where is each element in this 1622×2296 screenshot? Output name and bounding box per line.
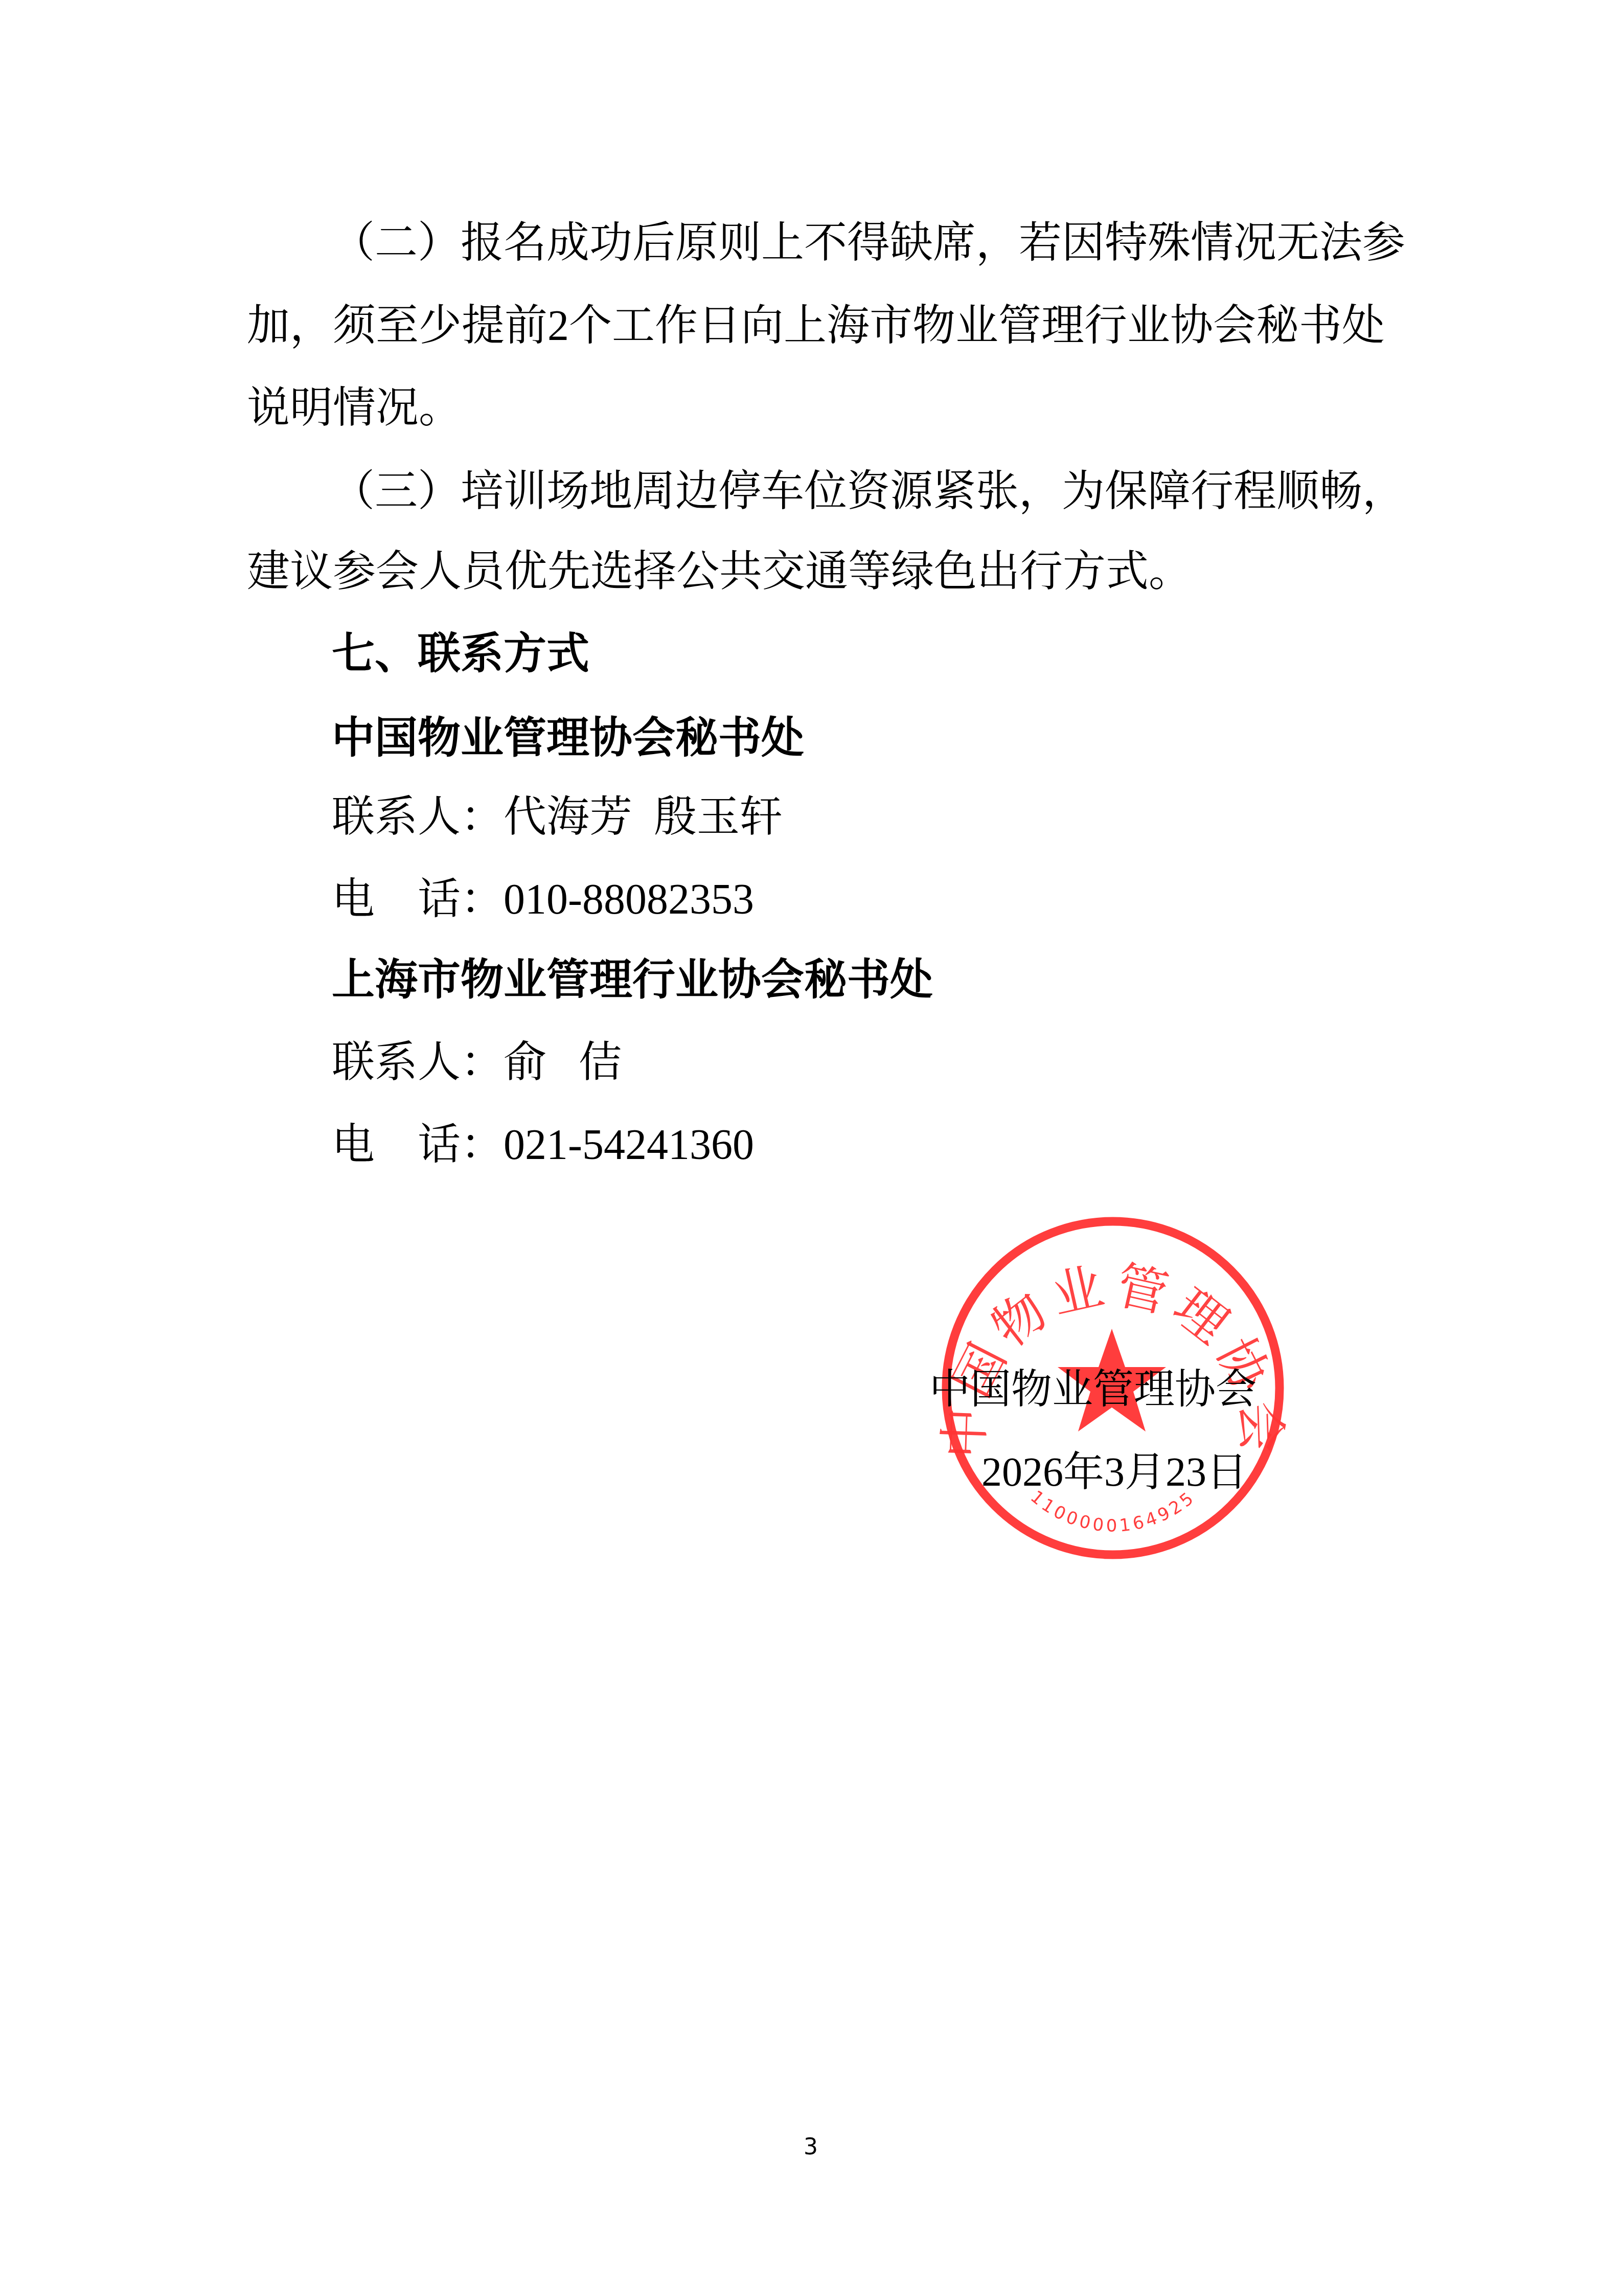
org1-phone-label-1: 电 bbox=[332, 876, 375, 923]
org1-contact-row: 联系人：代海芳 殷玉轩 bbox=[332, 777, 1378, 859]
star-icon bbox=[1058, 1329, 1166, 1431]
org1-phone-label-2: 话： bbox=[418, 876, 504, 923]
org2-phone-label-1: 电 bbox=[332, 1121, 375, 1169]
official-seal-icon: 中国物业管理协会 1100000164925 bbox=[938, 1213, 1288, 1563]
org1-name: 中国物业管理协会秘书处 bbox=[332, 698, 1378, 780]
org2-phone-label-2: 话： bbox=[418, 1121, 504, 1169]
org2-phone-value: 021-54241360 bbox=[504, 1121, 754, 1169]
paragraph-item2-line-3: 说明情况。 bbox=[247, 368, 1378, 450]
paragraph-item2-line-1: （二）报名成功后原则上不得缺席，若因特殊情况无法参 bbox=[332, 202, 1378, 285]
org1-phone-row: 电话：010-88082353 bbox=[332, 859, 1378, 941]
paragraph-item3-line-2: 建议参会人员优先选择公共交通等绿色出行方式。 bbox=[247, 531, 1378, 613]
org1-contact-label: 联系人： bbox=[332, 793, 504, 841]
document-page: （二）报名成功后原则上不得缺席，若因特殊情况无法参 加，须至少提前2个工作日向上… bbox=[0, 0, 1622, 2296]
seal-serial-number: 1100000164925 bbox=[1026, 1487, 1200, 1536]
org2-name: 上海市物业管理行业协会秘书处 bbox=[332, 940, 1378, 1022]
paragraph-item3-line-1: （三）培训场地周边停车位资源紧张，为保障行程顺畅， bbox=[332, 451, 1378, 533]
org1-phone-value: 010-88082353 bbox=[504, 876, 754, 923]
page-number: 3 bbox=[785, 2133, 836, 2162]
org2-contact-value: 俞 佶 bbox=[504, 1039, 622, 1086]
paragraph-item2-line-2: 加，须至少提前2个工作日向上海市物业管理行业协会秘书处 bbox=[247, 285, 1378, 368]
org1-contact-value: 代海芳 殷玉轩 bbox=[504, 793, 783, 841]
org2-phone-row: 电话：021-54241360 bbox=[332, 1104, 1378, 1187]
org2-contact-row: 联系人：俞 佶 bbox=[332, 1022, 1378, 1104]
section-heading-contact: 七、联系方式 bbox=[332, 613, 1378, 696]
org2-contact-label: 联系人： bbox=[332, 1039, 504, 1086]
